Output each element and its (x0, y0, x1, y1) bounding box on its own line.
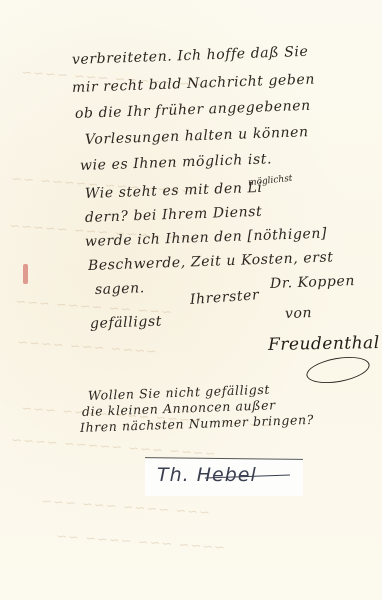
red-ink-mark (23, 264, 28, 284)
letter-line: Beschwerde, Zeit u Kosten, erst (88, 249, 334, 274)
bleed-through-text: ~~~~ ~~~ ~~~~ (16, 335, 158, 360)
letter-line: dern? bei Ihrem Dienst (85, 204, 263, 226)
letter-line: Vorlesungen halten u können (85, 124, 309, 148)
bleed-through-text: ~~~ ~~~~ ~~~ ~~~ (40, 494, 211, 521)
closing-greeting: Ihrerster (189, 287, 259, 308)
letter-line: gefälligst (90, 313, 162, 332)
closing-recipient: Dr. Koppen (270, 273, 356, 292)
slip-signature: Th. Hebel (157, 464, 257, 486)
letter-page: ~~~ ~~~~~ ~~~ ~~~~ ~~~~ ~~~ ~~~~~ ~~ ~~ … (0, 0, 382, 600)
closing-preposition: von (285, 305, 313, 322)
pasted-signature-slip: Th. Hebel (145, 458, 303, 496)
letter-line: verbreiteten. Ich hoffe daß Sie (72, 44, 309, 68)
slip-rule-line (145, 457, 303, 460)
letter-line: ob die Ihr früher angegebenen (75, 98, 311, 122)
bleed-through-text: ~~~~ ~~~ ~~~~ ~~ (55, 529, 226, 556)
letter-line: sagen. (95, 280, 145, 298)
author-signature: Freudenthal (268, 333, 380, 355)
letter-line: wie es Ihnen möglich ist. (80, 151, 273, 174)
signature-flourish (304, 353, 371, 388)
